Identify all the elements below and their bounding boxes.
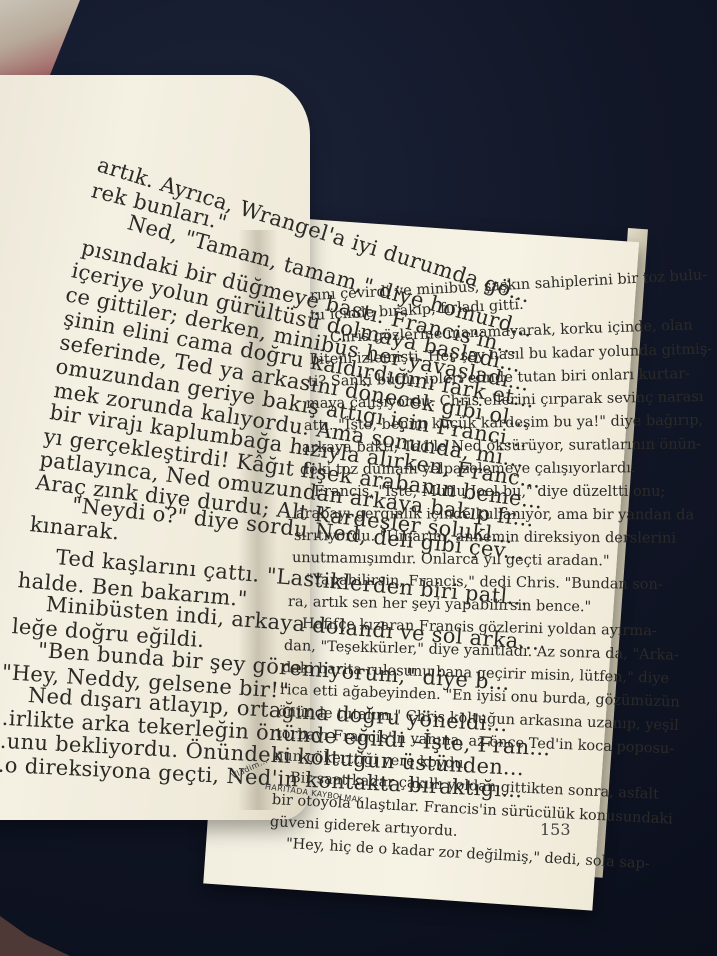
- text-line: unutmamışımdır. Onlarca yıl geçti aradan…: [292, 550, 610, 569]
- text-line: Francis, "İşte, Mutlu Joel bu," diye düz…: [314, 484, 665, 500]
- text-line: sırıtıyordu. "Umarım, annemin direksiyon…: [294, 528, 676, 547]
- text-line: deki toz dumanı yelpazelemeye çalışıyorl…: [300, 460, 636, 478]
- text-line: arabayı gerginlik içinde kullanıyor, ama…: [296, 506, 694, 523]
- page-number: 153: [540, 820, 571, 839]
